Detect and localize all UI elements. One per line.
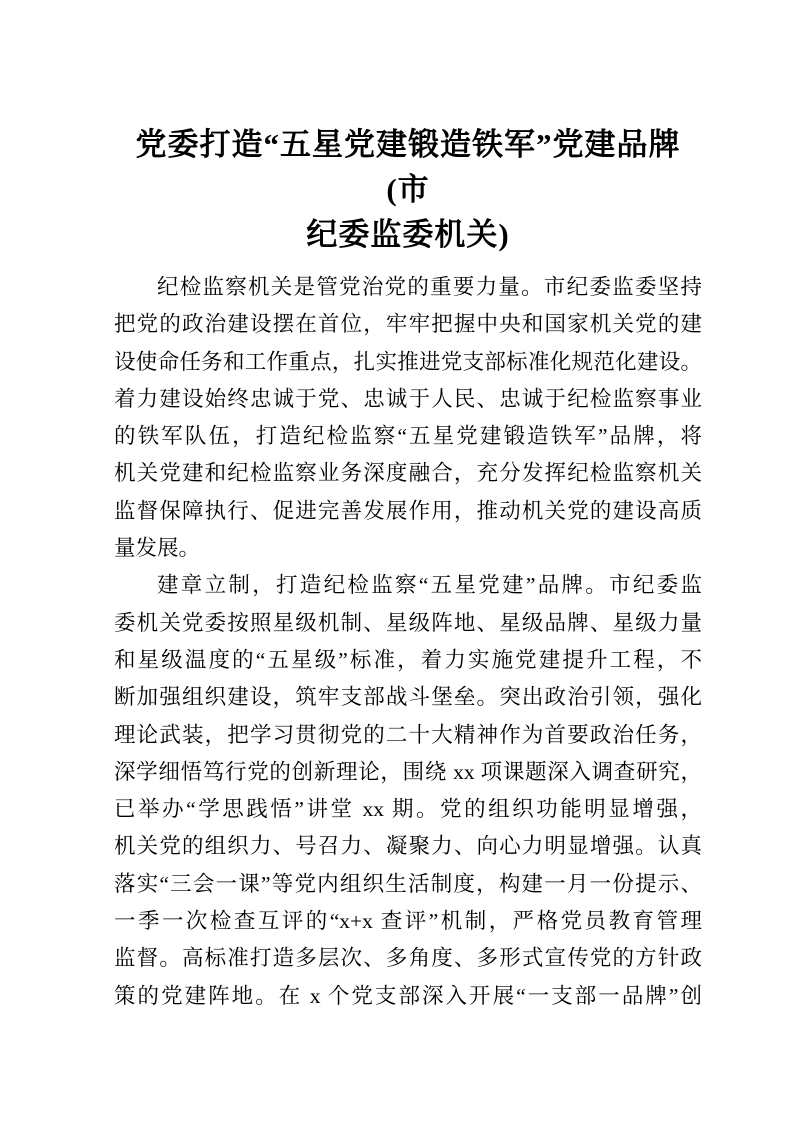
text-line: 委机关党委按照星级机制、星级阵地、星级品牌、星级力量	[114, 605, 702, 642]
title-line-1: 党委打造“五星党建锻造铁军”党建品牌 (市	[114, 122, 702, 212]
text-line: 纪检监察机关是管党治党的重要力量。市纪委监委坚持	[114, 269, 702, 306]
document-page: 党委打造“五星党建锻造铁军”党建品牌 (市 纪委监委机关) 纪检监察机关是管党治…	[0, 0, 793, 1122]
text-line: 监督保障执行、促进完善发展作用，推动机关党的建设高质	[114, 493, 702, 530]
text-line: 设使命任务和工作重点，扎实推进党支部标准化规范化建设。	[114, 344, 702, 381]
text-line: 的铁军队伍，打造纪检监察“五星党建锻造铁军”品牌，将	[114, 418, 702, 455]
text-line: 落实“三会一课”等党内组织生活制度，构建一月一份提示、	[114, 866, 702, 903]
document-body: 纪检监察机关是管党治党的重要力量。市纪委监委坚持把党的政治建设摆在首位，牢牢把握…	[114, 269, 702, 1015]
text-line: 量发展。	[114, 530, 702, 567]
text-line: 一季一次检查互评的“x+x 查评”机制，严格党员教育管理	[114, 903, 702, 940]
text-line: 和星级温度的“五星级”标准，着力实施党建提升工程，不	[114, 642, 702, 679]
paragraph: 建章立制，打造纪检监察“五星党建”品牌。市纪委监委机关党委按照星级机制、星级阵地…	[114, 567, 702, 1015]
title-line-2: 纪委监委机关)	[114, 212, 702, 257]
text-line: 机关党的组织力、号召力、凝聚力、向心力明显增强。认真	[114, 828, 702, 865]
text-line: 着力建设始终忠诚于党、忠诚于人民、忠诚于纪检监察事业	[114, 381, 702, 418]
text-line: 策的党建阵地。在 x 个党支部深入开展“一支部一品牌”创	[114, 978, 702, 1015]
text-line: 建章立制，打造纪检监察“五星党建”品牌。市纪委监	[114, 567, 702, 604]
text-line: 把党的政治建设摆在首位，牢牢把握中央和国家机关党的建	[114, 306, 702, 343]
text-line: 深学细悟笃行党的创新理论，围绕 xx 项课题深入调查研究，	[114, 754, 702, 791]
text-line: 已举办“学思践悟”讲堂 xx 期。党的组织功能明显增强，	[114, 791, 702, 828]
text-line: 断加强组织建设，筑牢支部战斗堡垒。突出政治引领，强化	[114, 679, 702, 716]
document-title: 党委打造“五星党建锻造铁军”党建品牌 (市 纪委监委机关)	[114, 122, 702, 257]
text-line: 监督。高标准打造多层次、多角度、多形式宣传党的方针政	[114, 940, 702, 977]
text-line: 机关党建和纪检监察业务深度融合，充分发挥纪检监察机关	[114, 455, 702, 492]
paragraph: 纪检监察机关是管党治党的重要力量。市纪委监委坚持把党的政治建设摆在首位，牢牢把握…	[114, 269, 702, 567]
text-line: 理论武装，把学习贯彻党的二十大精神作为首要政治任务，	[114, 717, 702, 754]
